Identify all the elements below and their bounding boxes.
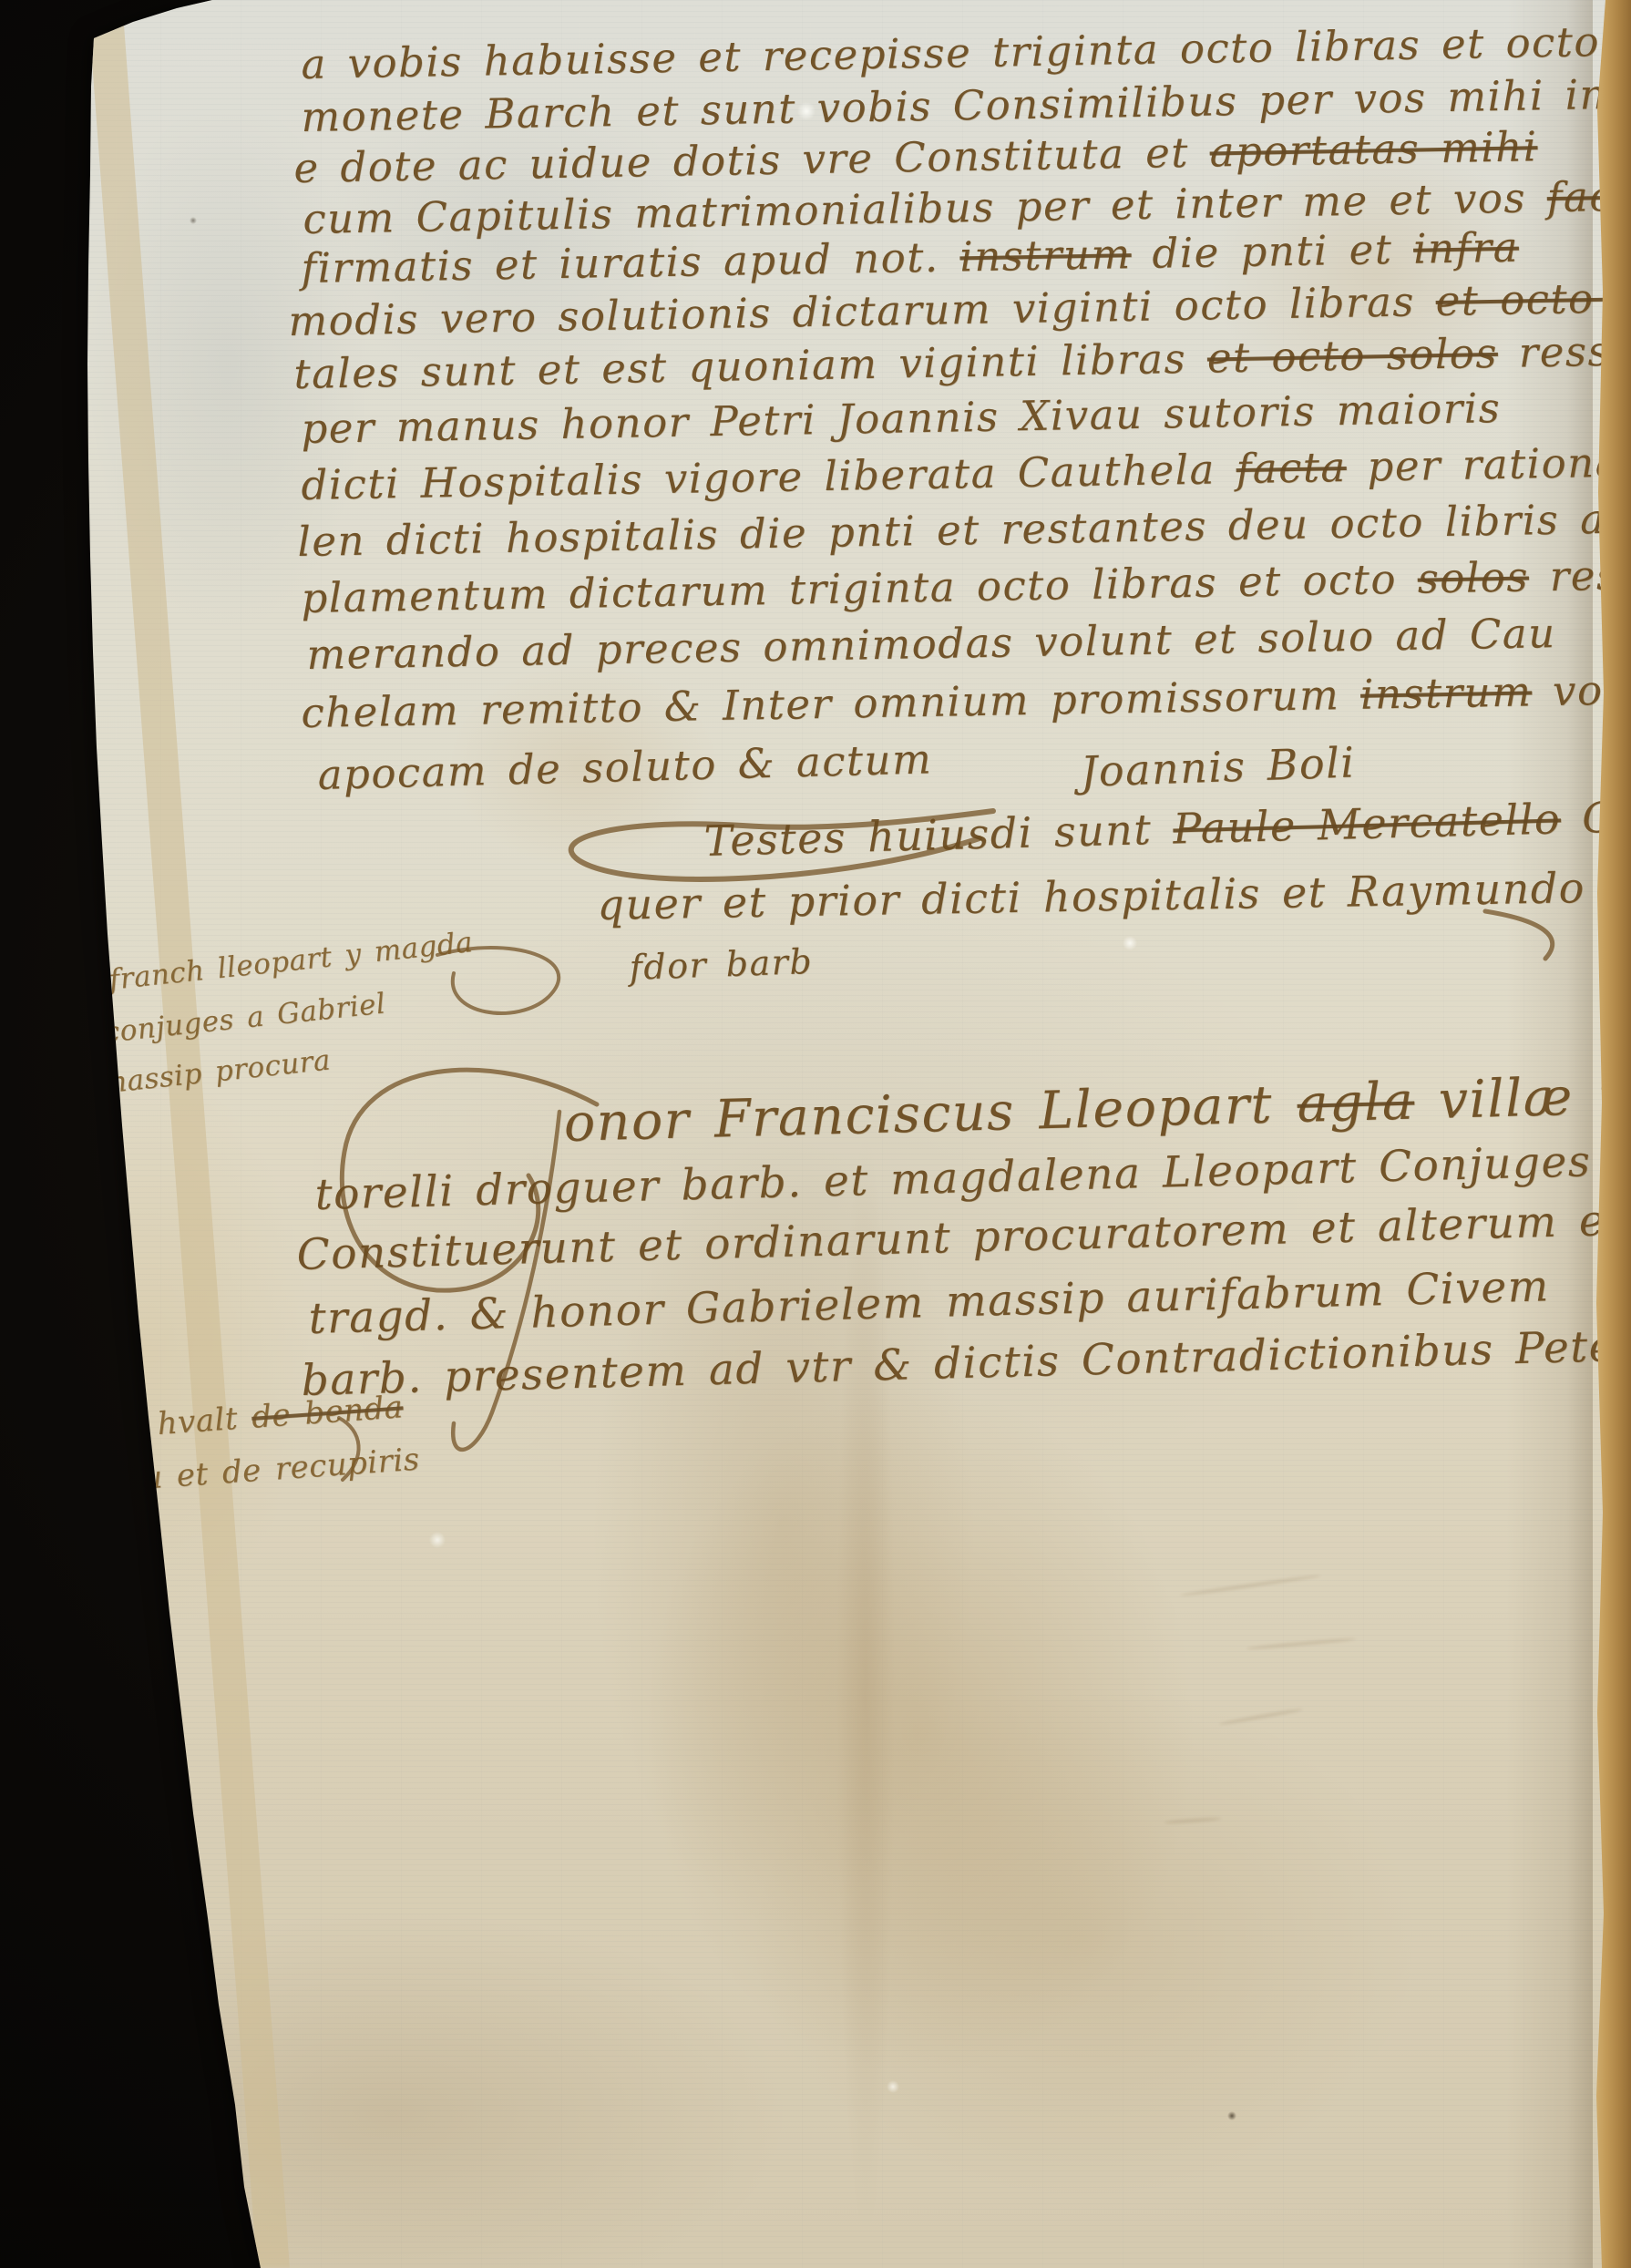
struck-words: aportatas mihi [1209,122,1538,176]
struck-words: Paule Mercatello [1173,794,1562,853]
handwritten-words: tales sunt et est quoniam viginti libras [293,334,1207,398]
scan-background: a vobis habuisse et recepisse triginta o… [0,0,1631,2268]
struck-words: et octo solos [1206,329,1498,383]
handwritten-words: firmatis et iuratis apud not. [301,232,960,292]
paper-wrap: a vobis habuisse et recepisse triginta o… [0,0,1631,2268]
handwriting-layer: a vobis habuisse et recepisse triginta o… [0,0,1631,2268]
handwritten-words: fdor barb [629,941,814,988]
manuscript-page: a vobis habuisse et recepisse triginta o… [0,0,1631,2268]
struck-words: et octo solos [1435,272,1631,325]
handwritten-words: per rationa [1346,438,1621,491]
handwritten-words: franch lleopart y magda [108,926,475,997]
struck-words: facta [1236,443,1347,493]
handwritten-words: bliu et de recupiris [100,1442,421,1500]
struck-words: de benda [251,1389,405,1436]
margin-note-1-line-3: massip procura [98,1043,333,1100]
struck-words: infra [1413,223,1520,273]
margin-note-1-line-1: franch lleopart y magda [108,926,475,997]
handwritten-words: plamentum dictarum triginta octo libras … [301,555,1418,622]
p1-line-14: apocam de soluto & actum [317,734,933,799]
handwritten-words: apocam de soluto & actum [317,734,933,799]
handwritten-words: Joannis Boli [1080,737,1356,795]
handwritten-words: Testes huiusdi sunt [703,805,1174,866]
handwritten-words: quer et prior dicti hospitalis et Raymun… [597,861,1631,929]
notary-subscription: Joannis Boli [1080,737,1356,795]
p1-line-12: merando ad preces omnimodas volunt et so… [306,609,1556,679]
struck-words: instrum [959,230,1132,281]
handwritten-words: conjuges a Gabriel [102,987,387,1049]
struck-words: agla [1297,1072,1415,1134]
margin-note-2-line-2: bliu et de recupiris [100,1442,421,1500]
handwritten-words: merando ad preces omnimodas volunt et so… [306,609,1556,679]
handwritten-words: villæ mar [1413,1063,1631,1131]
witness-line-2: quer et prior dicti hospitalis et Raymun… [597,861,1631,929]
margin-note-2-line-1: del hvalt de benda [93,1389,405,1447]
handwritten-words: chelam remitto & Inter omnium promissoru… [301,671,1360,737]
margin-note-1-line-2: conjuges a Gabriel [102,987,387,1049]
struck-words: solos [1417,552,1529,602]
witness-line-1: Testes huiusdi sunt Paule Mercatello Giv… [703,790,1631,866]
handwritten-words: massip procura [98,1043,333,1100]
handwritten-words: onor Franciscus Lleopart [563,1074,1298,1154]
struck-words: instrum [1360,667,1533,718]
handwritten-words: die pnti et [1131,225,1413,278]
handwritten-words: dicti Hospitalis vigore liberata Cauthel… [301,445,1236,509]
witness-line-3: fdor barb [629,941,814,988]
handwritten-words: del hvalt [93,1400,253,1447]
